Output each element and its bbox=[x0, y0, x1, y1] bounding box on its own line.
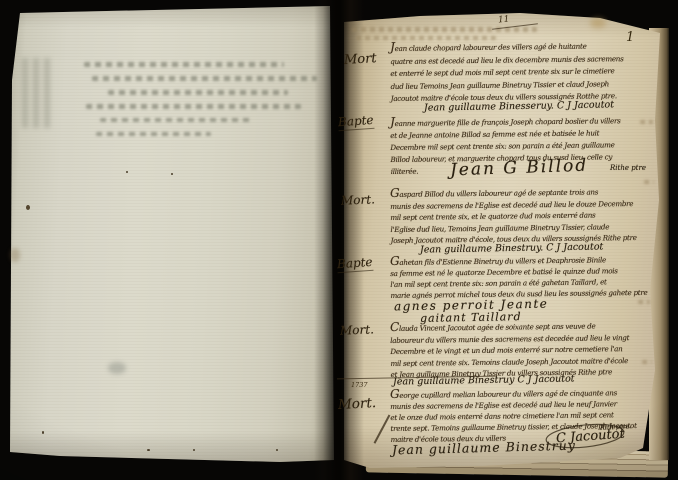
ink-speck bbox=[171, 173, 173, 175]
priest-note: Rith ptre. bbox=[600, 422, 632, 432]
paper-smudge bbox=[108, 362, 126, 374]
bleedthrough-mark bbox=[644, 180, 654, 184]
ink-speck bbox=[147, 449, 150, 451]
priest-note: Rithe ptre bbox=[610, 164, 646, 172]
paper-stain bbox=[590, 18, 606, 28]
bleedthrough-line bbox=[96, 132, 211, 136]
margin-label-bapte: Bapte bbox=[337, 255, 374, 273]
signature: Jean guillaume Binesseruy. C J Jacoutot bbox=[424, 99, 614, 113]
folio-mark: 11 bbox=[498, 15, 510, 26]
signature-large: Jean G Billod bbox=[450, 156, 589, 181]
ink-speck bbox=[42, 431, 44, 434]
ink-speck bbox=[193, 449, 195, 451]
bleedthrough-patch bbox=[22, 58, 52, 128]
margin-label-mort: Mort bbox=[344, 51, 377, 68]
register-entry: Gaspard Billod du villers laboureur agé … bbox=[390, 185, 637, 247]
bleedthrough-mark bbox=[638, 300, 650, 304]
bleedthrough-mark bbox=[640, 120, 653, 124]
bleedthrough-line bbox=[92, 76, 317, 81]
bleedthrough-line bbox=[86, 104, 301, 109]
margin-label-mort: Mort. bbox=[338, 395, 377, 413]
register-entry: Gahetan fils d'Estienne Binetruy du vill… bbox=[390, 253, 647, 301]
bleedthrough-line bbox=[84, 62, 284, 67]
paper-stain bbox=[10, 248, 20, 262]
ink-speck bbox=[126, 171, 128, 173]
bleedthrough-line bbox=[108, 90, 288, 95]
page-content-layer: 11 1 Mort Bapte Mort. Bapte Mort. Mort. … bbox=[0, 0, 678, 480]
margin-label-mort: Mort. bbox=[340, 322, 374, 337]
year-note: 1737 bbox=[351, 381, 368, 389]
signature: Jean guillaume Binestruy C J Jacoutot bbox=[393, 373, 575, 387]
bleedthrough-mark bbox=[642, 360, 652, 364]
margin-label-mort: Mort. bbox=[341, 192, 375, 207]
page-number: 1 bbox=[626, 30, 634, 45]
ink-speck bbox=[276, 449, 278, 451]
ink-speck bbox=[26, 205, 30, 210]
register-entry: Jean claude chopard laboureur des viller… bbox=[390, 38, 624, 105]
bleedthrough-line bbox=[352, 27, 537, 32]
bleedthrough-line bbox=[100, 118, 250, 122]
manuscript-scan: 11 1 Mort Bapte Mort. Bapte Mort. Mort. … bbox=[0, 0, 678, 480]
margin-label-bapte: Bapte bbox=[338, 113, 375, 131]
pen-slash bbox=[374, 415, 390, 444]
register-entry: Clauda Vincent Jacoutot agée de soixante… bbox=[390, 319, 630, 381]
